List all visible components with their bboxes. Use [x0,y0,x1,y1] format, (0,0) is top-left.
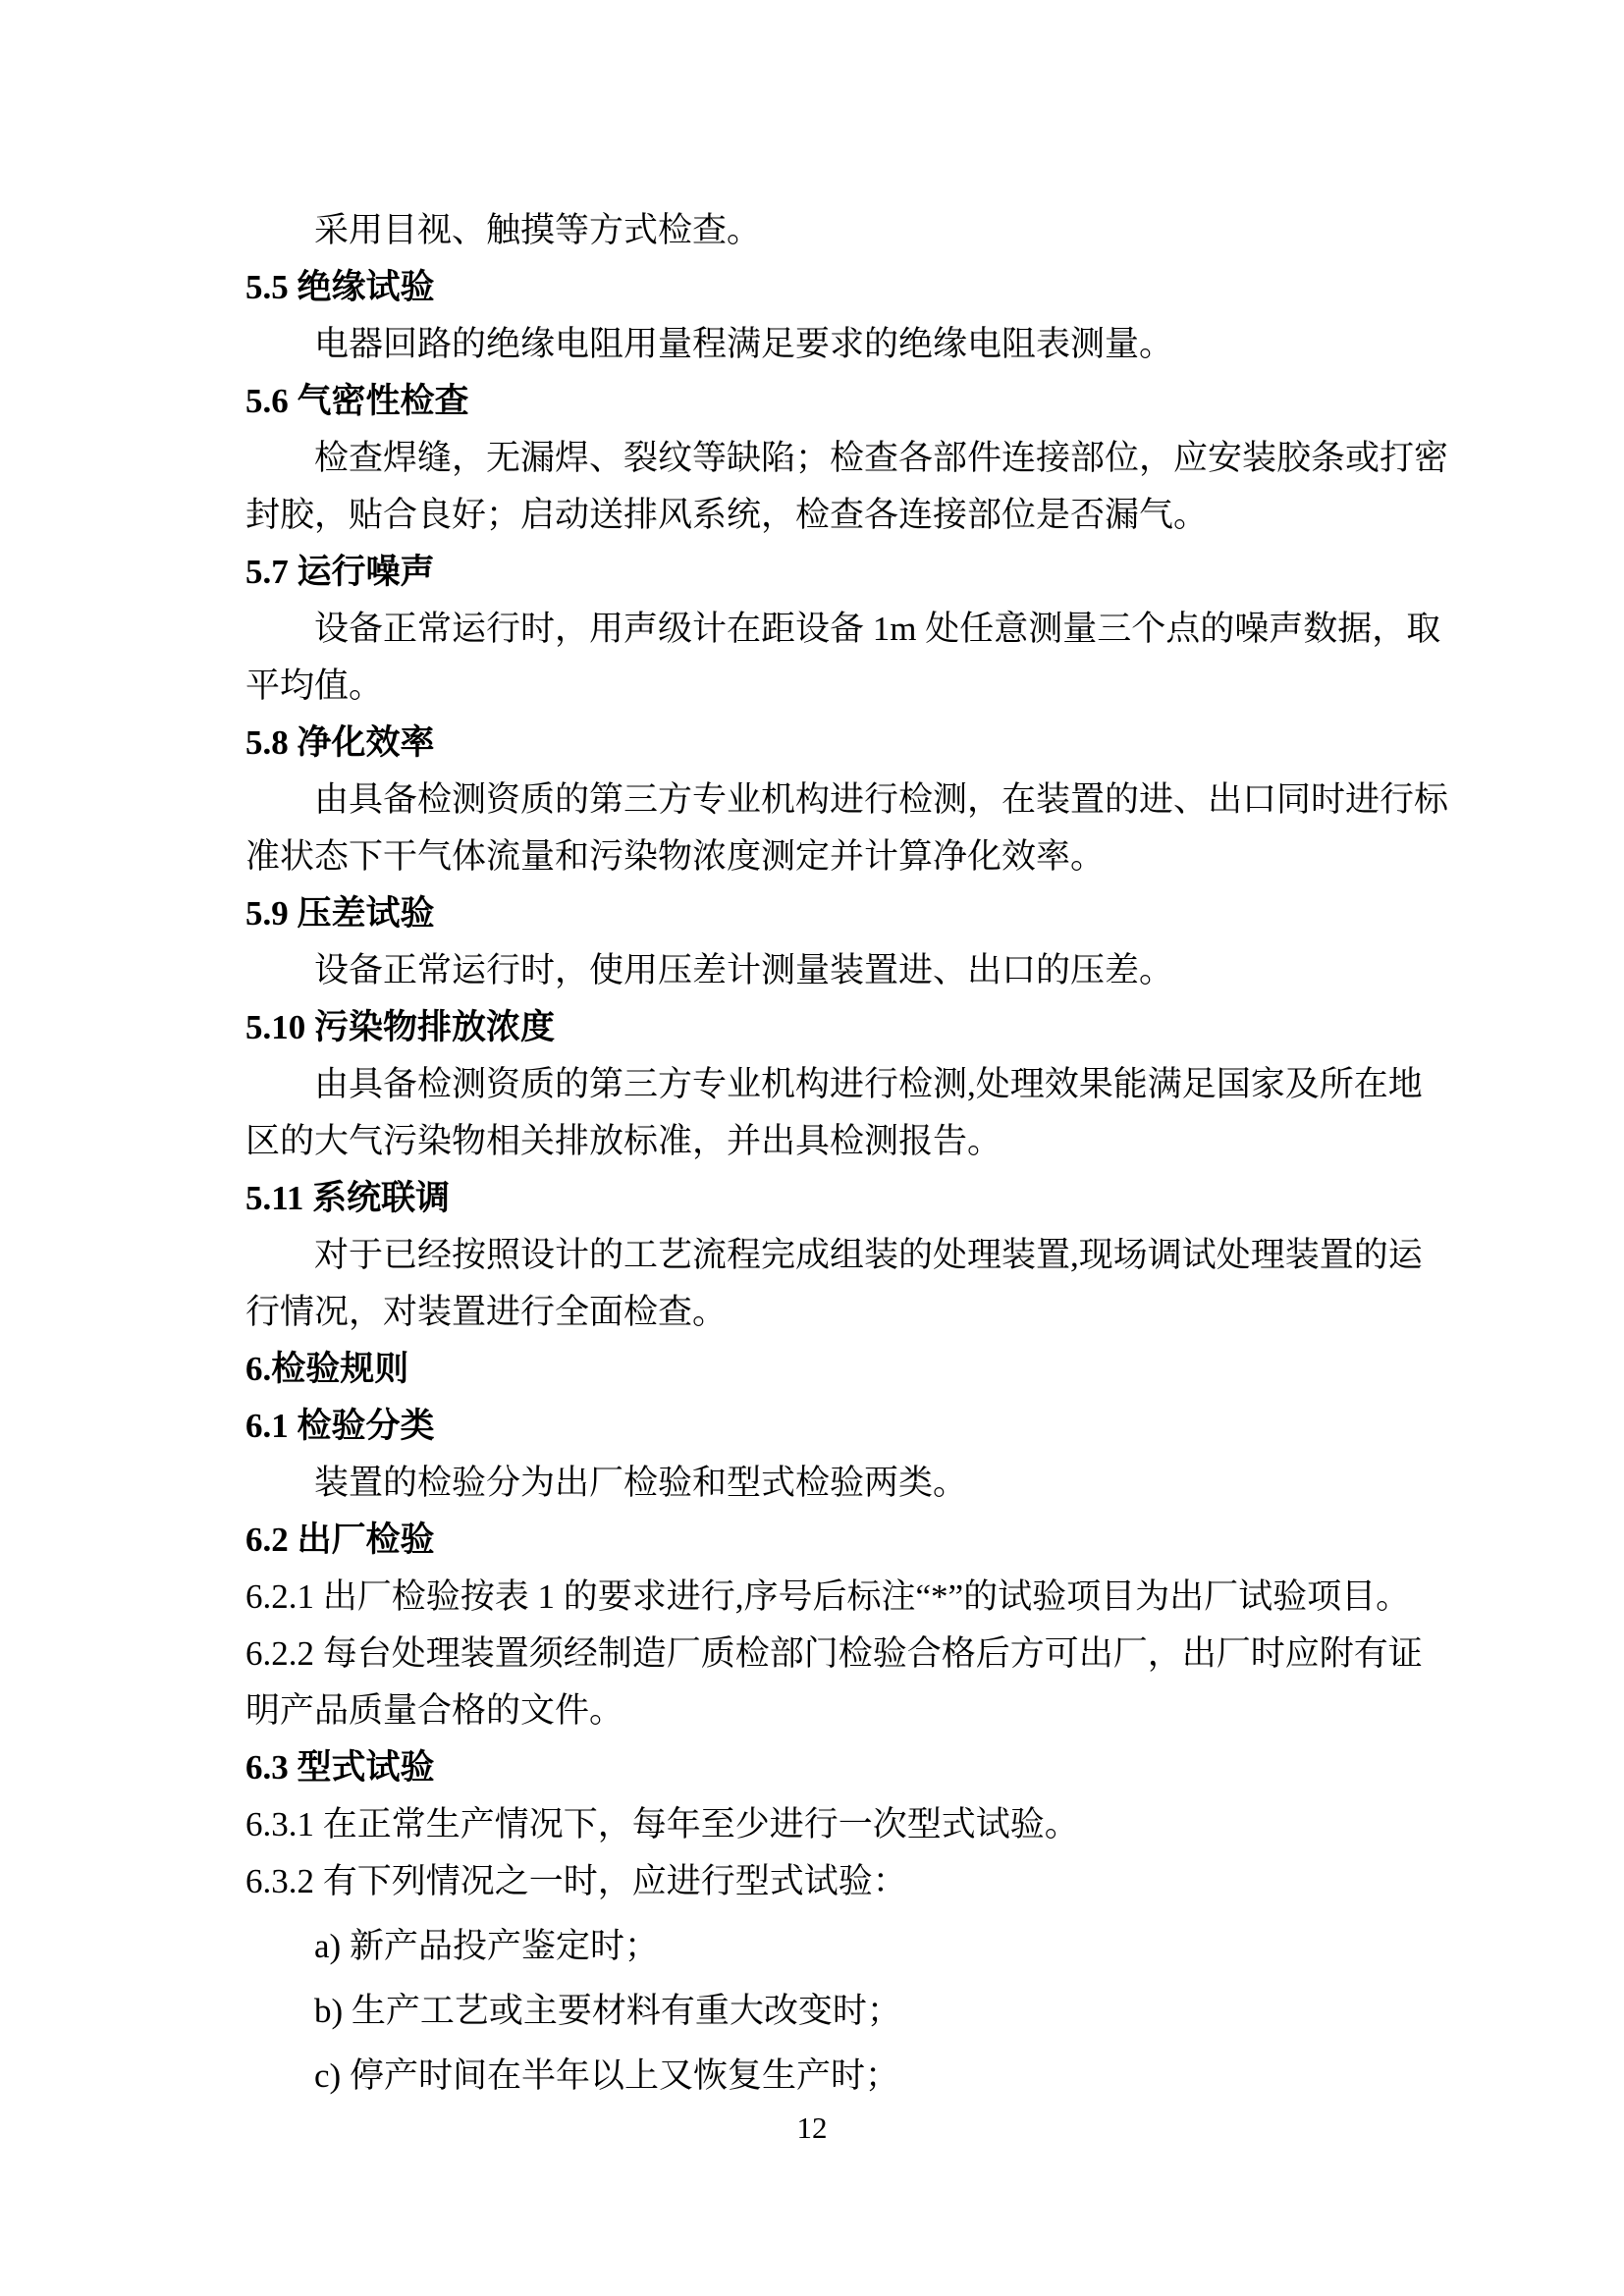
para-5-8-line-1: 由具备检测资质的第三方专业机构进行检测，在装置的进、出口同时进行标 [245,772,1483,828]
list-item-c: c) 停产时间在半年以上又恢复生产时； [245,2048,1483,2105]
para-5-10-line-1: 由具备检测资质的第三方专业机构进行检测,处理效果能满足国家及所在地 [245,1056,1483,1113]
clause-6-2-2-line-2: 明产品质量合格的文件。 [245,1682,1483,1739]
document-page: 采用目视、触摸等方式检查。 5.5 绝缘试验 电器回路的绝缘电阻用量程满足要求的… [0,0,1624,2296]
page-number: 12 [0,2107,1624,2150]
clause-6-2-2-line-1: 6.2.2 每台处理装置须经制造厂质检部门检验合格后方可出厂，出厂时应附有证 [245,1626,1483,1682]
para-5-8-line-2: 准状态下干气体流量和污染物浓度测定并计算净化效率。 [245,828,1483,885]
clause-6-2-1: 6.2.1 出厂检验按表 1 的要求进行,序号后标注“*”的试验项目为出厂试验项… [245,1569,1483,1626]
heading-5-11: 5.11 系统联调 [245,1170,1483,1227]
heading-5-7: 5.7 运行噪声 [245,544,1483,601]
heading-5-8: 5.8 净化效率 [245,715,1483,772]
document-body: 采用目视、触摸等方式检查。 5.5 绝缘试验 电器回路的绝缘电阻用量程满足要求的… [245,202,1483,2105]
para-5-7-line-2: 平均值。 [245,658,1483,715]
para-5-7-line-1: 设备正常运行时，用声级计在距设备 1m 处任意测量三个点的噪声数据，取 [245,601,1483,658]
para-5-10-line-2: 区的大气污染物相关排放标准，并出具检测报告。 [245,1113,1483,1170]
heading-5-10: 5.10 污染物排放浓度 [245,999,1483,1056]
para-6-1-line-1: 装置的检验分为出厂检验和型式检验两类。 [245,1455,1483,1512]
heading-6-1: 6.1 检验分类 [245,1398,1483,1455]
heading-5-9: 5.9 压差试验 [245,885,1483,942]
para-visual-inspection: 采用目视、触摸等方式检查。 [245,202,1483,259]
para-5-11-line-2: 行情况，对装置进行全面检查。 [245,1284,1483,1341]
heading-5-6: 5.6 气密性检查 [245,373,1483,430]
clause-6-3-2: 6.3.2 有下列情况之一时，应进行型式试验： [245,1853,1483,1910]
list-item-a: a) 新产品投产鉴定时； [245,1918,1483,1975]
para-5-6-line-2: 封胶，贴合良好；启动送排风系统，检查各连接部位是否漏气。 [245,487,1483,544]
heading-6: 6.检验规则 [245,1341,1483,1398]
clause-6-3-1: 6.3.1 在正常生产情况下，每年至少进行一次型式试验。 [245,1796,1483,1853]
para-5-11-line-1: 对于已经按照设计的工艺流程完成组装的处理装置,现场调试处理装置的运 [245,1227,1483,1284]
heading-5-5: 5.5 绝缘试验 [245,259,1483,316]
heading-6-2: 6.2 出厂检验 [245,1512,1483,1569]
heading-6-3: 6.3 型式试验 [245,1739,1483,1796]
list-item-b: b) 生产工艺或主要材料有重大改变时； [245,1983,1483,2040]
para-5-9-line-1: 设备正常运行时，使用压差计测量装置进、出口的压差。 [245,942,1483,999]
para-5-6-line-1: 检查焊缝，无漏焊、裂纹等缺陷；检查各部件连接部位，应安装胶条或打密 [245,430,1483,487]
para-5-5-line-1: 电器回路的绝缘电阻用量程满足要求的绝缘电阻表测量。 [245,316,1483,373]
